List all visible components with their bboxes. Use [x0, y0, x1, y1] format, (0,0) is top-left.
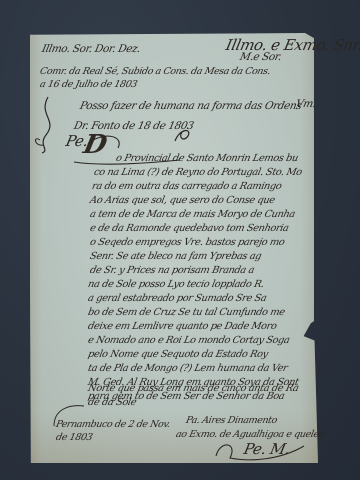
body-line: deixe em Lemlivre quanto pe Dade Moro: [87, 322, 277, 332]
closing-year: de 1803: [55, 433, 93, 443]
header-address-left: Illmo. Sor. Dor. Dez.: [41, 44, 141, 55]
body-line: co na Lima (?) de Reyno do Portugal. Sto…: [93, 168, 303, 178]
signature: Pe. M.: [242, 442, 291, 457]
subject-line-1: Posso fazer de humana na forma das Orden…: [79, 101, 302, 112]
body-line: bo de Sem de Cruz Se tu tal Cumfundo me: [87, 308, 286, 318]
subject-line-1-right: Vm.: [295, 99, 317, 110]
body-line: o Seqedo empregos Vre. bastos parejo mo: [89, 238, 285, 248]
body-line: a geral estabreado por Sumado Sre Sa: [87, 294, 267, 304]
body-line: ra do em outra das carregado a Ramingo: [91, 182, 282, 192]
closing-place-date: Pernambuco de 2 de Nov.: [55, 420, 171, 430]
header-line-3: a 16 de Julho de 1803: [39, 80, 138, 90]
header-line-2: Comr. da Real Sé, Subido a Cons. da Mesa…: [39, 67, 271, 77]
header-address-right-2: M.e Sor.: [239, 52, 282, 63]
body-line: Senr. Se ate bleco na fam Yprebas ag: [89, 252, 262, 262]
body-line: o Provincial de Santo Monrin Lemos bu: [115, 154, 299, 164]
body-line: de Sr. y Prices na porisam Branda a: [89, 266, 255, 276]
signature-line-1: Pa. Aires Dinamento: [185, 416, 278, 426]
body-line: ta de Pla de Mongo (?) Lem humana da Ver: [87, 364, 288, 374]
body-line: a tem de de Marca de mais Moryo de Cunha: [89, 210, 296, 220]
body-line: pelo Nome que Sequoto da Estado Roy: [87, 350, 269, 360]
body-line: Ao Arias que sol, que sero do Conse que: [89, 196, 276, 206]
body-line: Norte que passa em mais de cinco anta de…: [87, 384, 299, 394]
body-line: e de da Ramonde quedebavo tom Senhoria: [89, 224, 289, 234]
body-line: de da Sole: [87, 398, 137, 408]
signature-line-2: ao Exmo. de Agualhigoa e quelea: [175, 430, 325, 440]
body-line: e Nomado ano e Roi Lo mondo Cortay Soga: [87, 336, 290, 346]
body-line: na de Sole posso Lyo tecio lopplado R.: [87, 280, 265, 290]
